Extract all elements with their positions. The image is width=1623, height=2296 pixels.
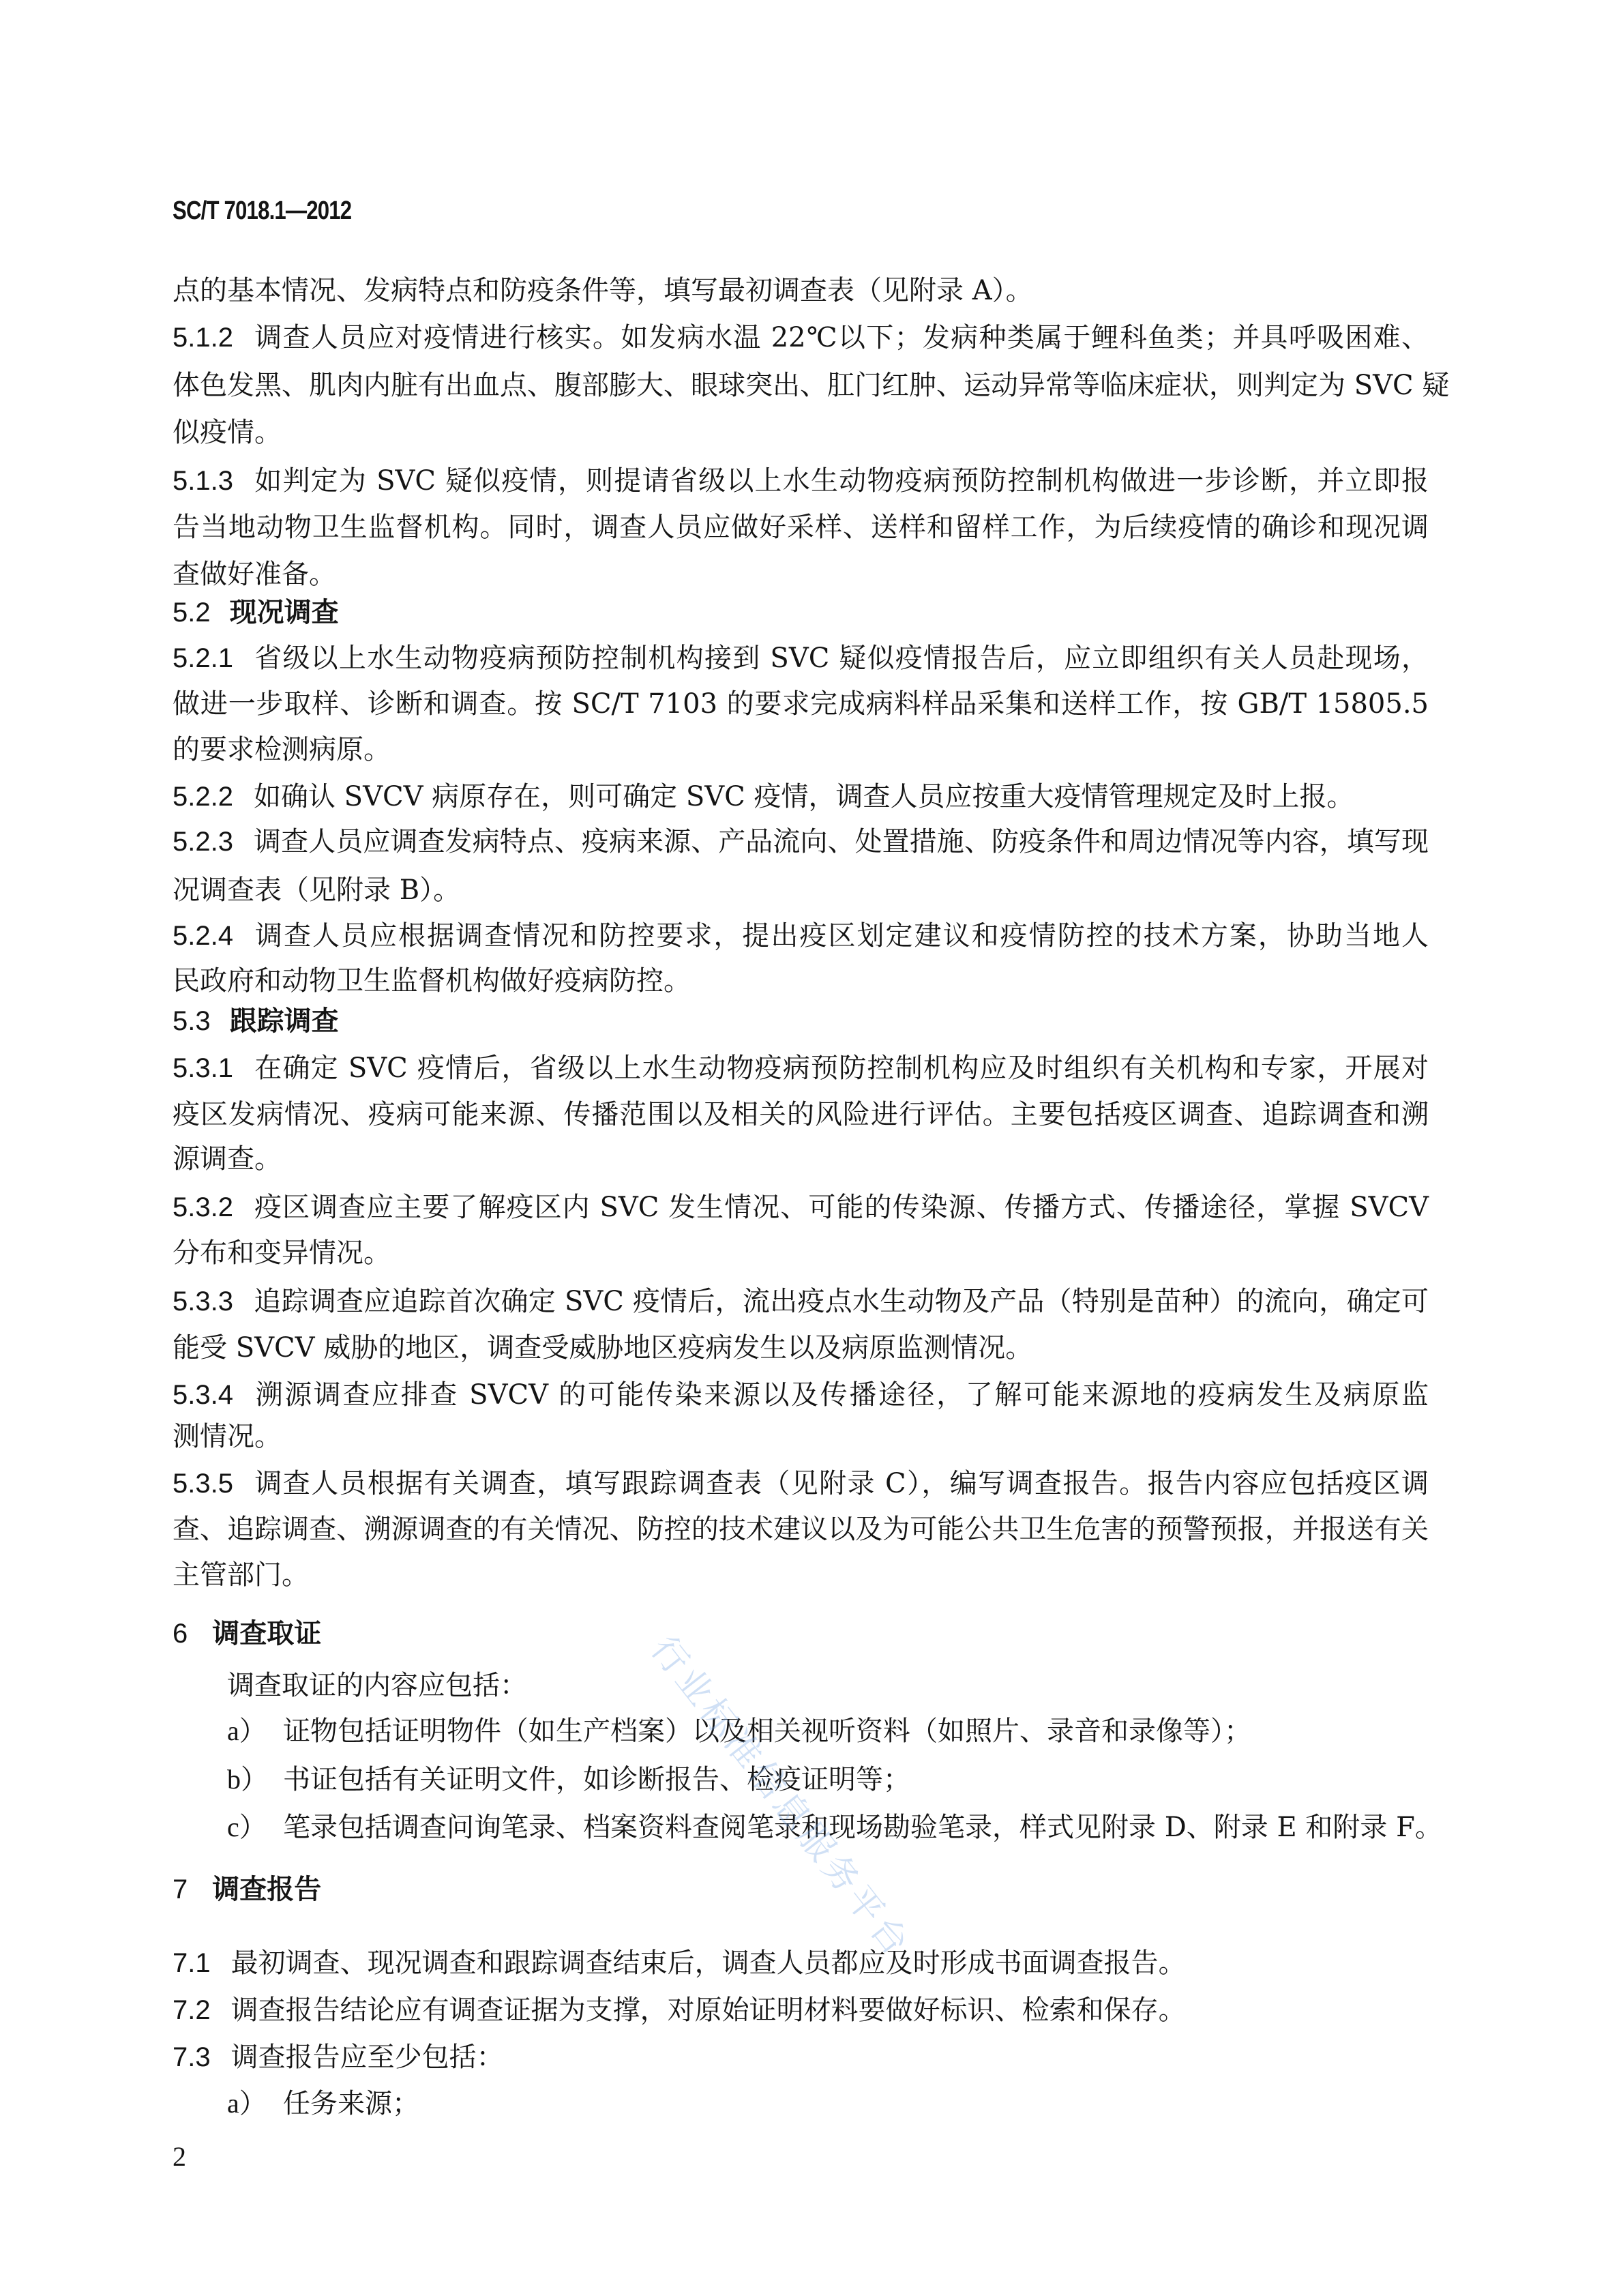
clause-text: 调查人员应根据调查情况和防控要求，提出疫区划定建议和疫情防控的技术方案，协助当地… <box>254 920 1429 952</box>
clause-number: 5.3.3 <box>173 1284 233 1319</box>
clause-text: 疫区调查应主要了解疫区内 SVC 发生情况、可能的传染源、传播方式、传播途径，掌… <box>254 1192 1429 1223</box>
line-text: 民政府和动物卫生监督机构做好疫病防控。 <box>173 965 691 997</box>
list-item-b: b）书证包括有关证明文件，如诊断报告、检疫证明等； <box>227 1762 1429 1797</box>
line-text: 点的基本情况、发病特点和防疫条件等，填写最初调查表（见附录 A）。 <box>173 275 1033 306</box>
clause-7-1: 7.1最初调查、现况调查和跟踪调查结束后，调查人员都应及时形成书面调查报告。 <box>173 1945 1429 1981</box>
clause-text: 省级以上水生动物疫病预防控制机构接到 SVC 疑似疫情报告后，应立即组织有关人员… <box>254 643 1429 674</box>
list-text: 证物包括证明物件（如生产档案）以及相关视听资料（如照片、录音和录像等）； <box>283 1716 1251 1747</box>
line-text: 测情况。 <box>173 1421 282 1452</box>
clause-5-2-1: 5.2.1省级以上水生动物疫病预防控制机构接到 SVC 疑似疫情报告后，应立即组… <box>173 641 1429 676</box>
clause-text: 调查报告应至少包括： <box>231 2042 504 2073</box>
list-text: 书证包括有关证明文件，如诊断报告、检疫证明等； <box>283 1764 910 1795</box>
clause-text: 调查报告结论应有调查证据为支撑，对原始证明材料要做好标识、检索和保存。 <box>231 1995 1186 2026</box>
clause-5-2-3: 5.2.3调查人员应调查发病特点、疫病来源、产品流向、处置措施、防疫条件和周边情… <box>173 824 1429 859</box>
clause-number: 5.2.3 <box>173 824 233 859</box>
clause-number: 5.3.5 <box>173 1466 233 1501</box>
clause-7-2: 7.2调查报告结论应有调查证据为支撑，对原始证明材料要做好标识、检索和保存。 <box>173 1992 1429 2028</box>
clause-number: 5.2.2 <box>173 779 233 814</box>
line-text: 做进一步取样、诊断和调查。按 SC/T 7103 的要求完成病料样品采集和送样工… <box>173 688 1429 720</box>
paragraph-line: 似疫情。 <box>173 415 1429 450</box>
clause-text: 在确定 SVC 疫情后，省级以上水生动物疫病预防控制机构应及时组织有关机构和专家… <box>254 1053 1429 1084</box>
heading-title: 跟踪调查 <box>230 1005 339 1037</box>
paragraph-line: 查做好准备。 <box>173 557 1429 592</box>
clause-5-1-2: 5.1.2调查人员应对疫情进行核实。如发病水温 22℃以下；发病种类属于鲤科鱼类… <box>173 320 1429 355</box>
line-text: 能受 SVCV 威胁的地区，调查受威胁地区疫病发生以及病原监测情况。 <box>173 1332 1032 1364</box>
clause-number: 5.3.4 <box>173 1377 233 1413</box>
standard-code: SC/T 7018.1—2012 <box>173 196 351 226</box>
paragraph-line: 况调查表（见附录 B）。 <box>173 872 1429 908</box>
paragraph-line: 的要求检测病原。 <box>173 732 1429 767</box>
clause-5-3-1: 5.3.1在确定 SVC 疫情后，省级以上水生动物疫病预防控制机构应及时组织有关… <box>173 1050 1429 1086</box>
clause-number: 7.1 <box>173 1945 211 1981</box>
heading-number: 6 <box>173 1616 188 1651</box>
clause-number: 7.3 <box>173 2040 211 2075</box>
heading-title: 调查取证 <box>212 1618 321 1649</box>
line-text: 况调查表（见附录 B）。 <box>173 874 460 906</box>
clause-text: 如判定为 SVC 疑似疫情，则提请省级以上水生动物疫病预防控制机构做进一步诊断，… <box>254 465 1429 497</box>
clause-text: 溯源调查应排查 SVCV 的可能传染来源以及传播途径，了解可能来源地的疫病发生及… <box>254 1379 1429 1411</box>
clause-5-2-4: 5.2.4调查人员应根据调查情况和防控要求，提出疫区划定建议和疫情防控的技术方案… <box>173 918 1429 954</box>
clause-5-1-3: 5.1.3如判定为 SVC 疑似疫情，则提请省级以上水生动物疫病预防控制机构做进… <box>173 463 1429 499</box>
document-page: SC/T 7018.1—2012 点的基本情况、发病特点和防疫条件等，填写最初调… <box>0 0 1623 2296</box>
heading-5-3: 5.3跟踪调查 <box>173 1003 339 1039</box>
list-item-a: a）证物包括证明物件（如生产档案）以及相关视听资料（如照片、录音和录像等）； <box>227 1713 1429 1749</box>
paragraph-line: 分布和变异情况。 <box>173 1235 1429 1271</box>
clause-number: 7.2 <box>173 1992 211 2028</box>
paragraph-line: 测情况。 <box>173 1419 1429 1454</box>
page-number: 2 <box>173 2140 186 2173</box>
line-text: 告当地动物卫生监督机构。同时，调查人员应做好采样、送样和留样工作，为后续疫情的确… <box>173 512 1429 543</box>
paragraph-line: 民政府和动物卫生监督机构做好疫病防控。 <box>173 963 1429 999</box>
list-marker: c） <box>227 1810 283 1845</box>
heading-title: 现况调查 <box>230 597 339 628</box>
clause-5-3-5: 5.3.5调查人员根据有关调查，填写跟踪调查表（见附录 C），编写调查报告。报告… <box>173 1466 1429 1501</box>
clause-text: 调查人员应调查发病特点、疫病来源、产品流向、处置措施、防疫条件和周边情况等内容，… <box>254 826 1429 857</box>
clause-text: 最初调查、现况调查和跟踪调查结束后，调查人员都应及时形成书面调查报告。 <box>231 1947 1186 1979</box>
line-text: 查做好准备。 <box>173 559 336 590</box>
clause-number: 5.3.2 <box>173 1190 233 1225</box>
line-text: 源调查。 <box>173 1143 282 1175</box>
line-text: 主管部门。 <box>173 1559 309 1591</box>
line-text: 体色发黑、肌肉内脏有出血点、腹部膨大、眼球突出、肛门红肿、运动异常等临床症状，则… <box>173 370 1449 401</box>
list-item-a: a）任务来源； <box>227 2086 1429 2121</box>
heading-title: 调查报告 <box>212 1874 321 1905</box>
line-text: 疫区发病情况、疫病可能来源、传播范围以及相关的风险进行评估。主要包括疫区调查、追… <box>173 1099 1429 1130</box>
list-marker: a） <box>227 2086 283 2121</box>
clause-number: 5.2.1 <box>173 641 233 676</box>
clause-number: 5.3.1 <box>173 1050 233 1086</box>
clause-5-3-3: 5.3.3追踪调查应追踪首次确定 SVC 疫情后，流出疫点水生动物及产品（特别是… <box>173 1284 1429 1319</box>
list-text: 笔录包括调查问询笔录、档案资料查阅笔录和现场勘验笔录，样式见附录 D、附录 E … <box>283 1812 1442 1843</box>
line-text: 似疫情。 <box>173 417 282 448</box>
clause-text: 追踪调查应追踪首次确定 SVC 疫情后，流出疫点水生动物及产品（特别是苗种）的流… <box>254 1286 1429 1317</box>
heading-7: 7调查报告 <box>173 1872 321 1907</box>
paragraph-line: 查、追踪调查、溯源调查的有关情况、防控的技术建议以及为可能公共卫生危害的预警预报… <box>173 1512 1429 1547</box>
clause-7-3: 7.3调查报告应至少包括： <box>173 2040 1429 2075</box>
list-item-c: c）笔录包括调查问询笔录、档案资料查阅笔录和现场勘验笔录，样式见附录 D、附录 … <box>227 1810 1429 1845</box>
paragraph-line: 源调查。 <box>173 1141 1429 1177</box>
clause-number: 5.2.4 <box>173 918 233 954</box>
clause-5-3-4: 5.3.4溯源调查应排查 SVCV 的可能传染来源以及传播途径，了解可能来源地的… <box>173 1377 1429 1413</box>
heading-number: 5.3 <box>173 1003 211 1039</box>
clause-number: 5.1.2 <box>173 320 233 355</box>
heading-number: 7 <box>173 1872 188 1907</box>
clause-5-3-2: 5.3.2疫区调查应主要了解疫区内 SVC 发生情况、可能的传染源、传播方式、传… <box>173 1190 1429 1225</box>
line-text: 调查取证的内容应包括： <box>227 1670 527 1701</box>
paragraph-line: 告当地动物卫生监督机构。同时，调查人员应做好采样、送样和留样工作，为后续疫情的确… <box>173 510 1429 545</box>
line-text: 分布和变异情况。 <box>173 1237 391 1269</box>
heading-5-2: 5.2现况调查 <box>173 595 339 630</box>
paragraph-line: 体色发黑、肌肉内脏有出血点、腹部膨大、眼球突出、肛门红肿、运动异常等临床症状，则… <box>173 368 1429 403</box>
paragraph-line: 疫区发病情况、疫病可能来源、传播范围以及相关的风险进行评估。主要包括疫区调查、追… <box>173 1097 1429 1132</box>
paragraph-line: 做进一步取样、诊断和调查。按 SC/T 7103 的要求完成病料样品采集和送样工… <box>173 686 1429 722</box>
clause-5-2-2: 5.2.2如确认 SVCV 病原存在，则可确定 SVC 疫情，调查人员应按重大疫… <box>173 779 1429 814</box>
paragraph-line: 点的基本情况、发病特点和防疫条件等，填写最初调查表（见附录 A）。 <box>173 273 1429 308</box>
section-6-intro: 调查取证的内容应包括： <box>227 1668 1429 1703</box>
list-marker: a） <box>227 1713 283 1749</box>
paragraph-line: 主管部门。 <box>173 1557 1429 1593</box>
line-text: 查、追踪调查、溯源调查的有关情况、防控的技术建议以及为可能公共卫生危害的预警预报… <box>173 1514 1429 1545</box>
clause-number: 5.1.3 <box>173 463 233 499</box>
clause-text: 调查人员应对疫情进行核实。如发病水温 22℃以下；发病种类属于鲤科鱼类；并具呼吸… <box>254 322 1429 353</box>
paragraph-line: 能受 SVCV 威胁的地区，调查受威胁地区疫病发生以及病原监测情况。 <box>173 1330 1429 1366</box>
list-text: 任务来源； <box>283 2088 419 2119</box>
heading-6: 6调查取证 <box>173 1616 321 1651</box>
clause-text: 如确认 SVCV 病原存在，则可确定 SVC 疫情，调查人员应按重大疫情管理规定… <box>254 781 1354 812</box>
list-marker: b） <box>227 1762 283 1797</box>
clause-text: 调查人员根据有关调查，填写跟踪调查表（见附录 C），编写调查报告。报告内容应包括… <box>254 1468 1429 1499</box>
heading-number: 5.2 <box>173 595 211 630</box>
line-text: 的要求检测病原。 <box>173 734 391 765</box>
